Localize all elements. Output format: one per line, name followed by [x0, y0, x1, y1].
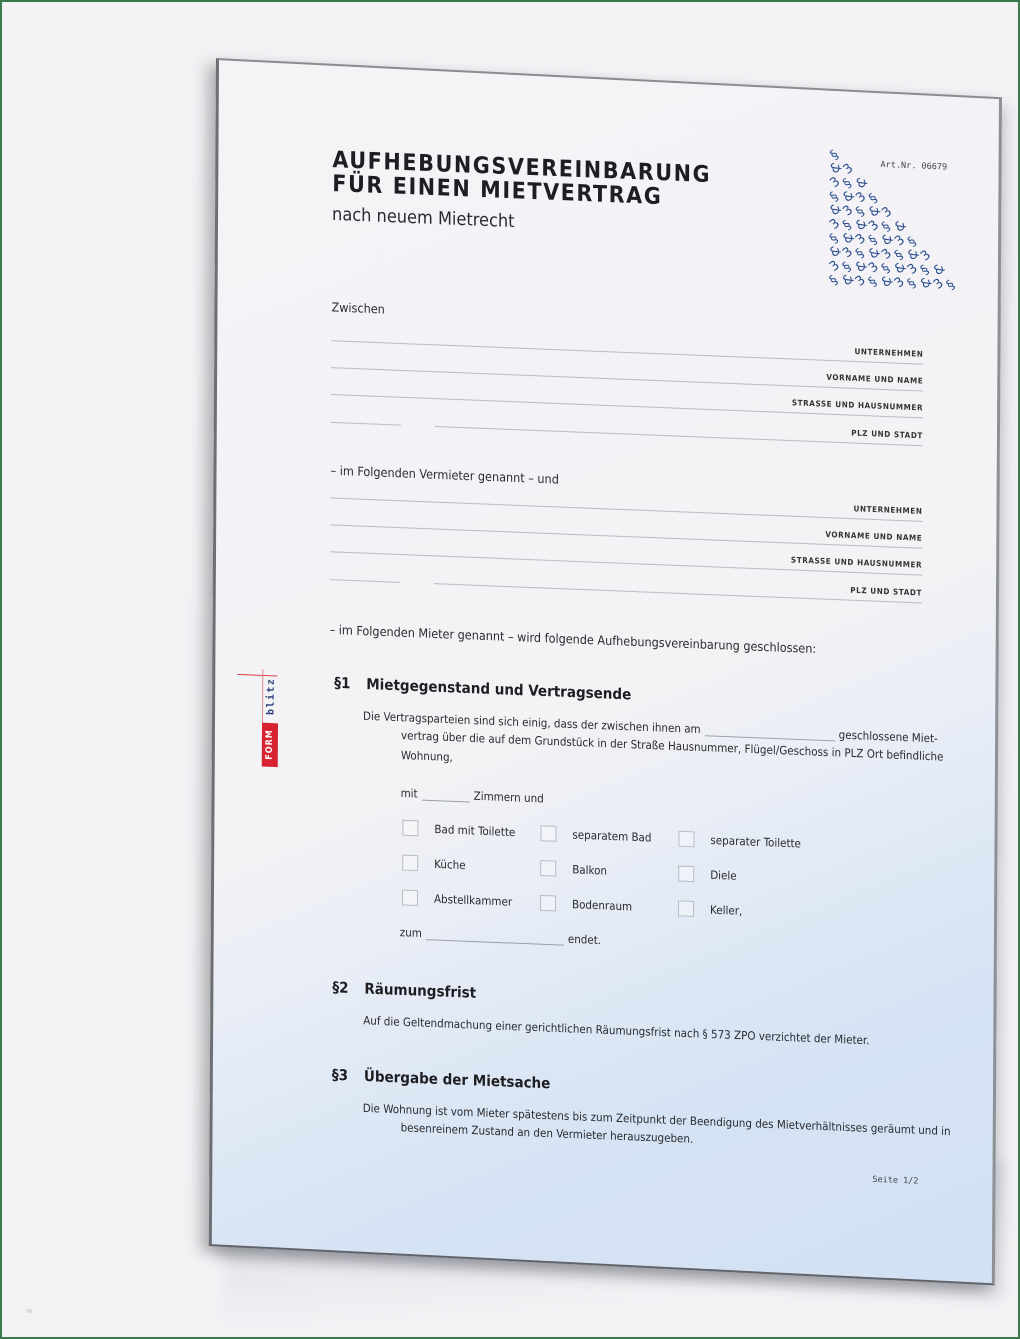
- section-number: §1: [334, 674, 366, 693]
- city-field[interactable]: [435, 426, 923, 446]
- svg-text:§: §: [827, 273, 842, 289]
- city-field[interactable]: [434, 583, 922, 603]
- checkbox-separater-toilette[interactable]: separater Toilette: [678, 831, 816, 852]
- tenant-fields: UNTERNEHMENVORNAME UND NAMESTRASSE UND H…: [219, 60, 999, 91]
- svg-text:3: 3: [827, 174, 843, 191]
- checkbox-box[interactable]: [540, 860, 556, 877]
- svg-text:3: 3: [866, 259, 882, 276]
- field-label: PLZ UND STADT: [851, 429, 923, 441]
- svg-text:3: 3: [827, 216, 843, 233]
- checkbox-row: KücheBalkonDiele: [402, 855, 816, 887]
- parties-intro: Zwischen: [331, 299, 384, 316]
- document-preview: AUFHEBUNGSVEREINBARUNG FÜR EINEN MIETVER…: [0, 0, 1020, 1339]
- landlord-fields: UNTERNEHMENVORNAME UND NAMESTRASSE UND H…: [219, 60, 999, 91]
- document-page: AUFHEBUNGSVEREINBARUNG FÜR EINEN MIETVER…: [209, 58, 1002, 1285]
- svg-text:3: 3: [931, 276, 947, 293]
- svg-text:&: &: [853, 174, 870, 192]
- text: Zimmern und: [474, 789, 544, 806]
- checkbox-balkon[interactable]: Balkon: [540, 860, 678, 881]
- svg-text:3: 3: [840, 203, 856, 220]
- svg-text:&: &: [931, 261, 948, 279]
- unternehmen-field[interactable]: [331, 340, 923, 364]
- svg-text:3: 3: [853, 189, 869, 206]
- rooms-line: mitZimmern und: [401, 786, 544, 806]
- field-label: VORNAME UND NAME: [825, 530, 922, 543]
- text: geschlossene Miet-: [839, 728, 938, 746]
- field-label: VORNAME UND NAME: [826, 373, 923, 386]
- background-speck: [26, 1309, 32, 1313]
- checkbox-label: Bodenraum: [572, 897, 632, 913]
- unternehmen-field[interactable]: [330, 497, 922, 521]
- page-number: Seite 1/2: [872, 1175, 918, 1187]
- landlord-note: – im Folgenden Vermieter genannt – und: [331, 463, 559, 487]
- field-label: UNTERNEHMEN: [854, 504, 923, 516]
- field-label: STRASSE UND HAUSNUMMER: [791, 556, 922, 570]
- field-label: UNTERNEHMEN: [854, 347, 923, 359]
- formblitz-logo: blitz FORM: [262, 669, 279, 767]
- document-subtitle: nach neuem Mietrecht: [332, 204, 515, 232]
- field-label: PLZ UND STADT: [850, 586, 922, 598]
- logo-blitz: blitz: [262, 669, 279, 723]
- checkbox-label: separatem Bad: [572, 828, 651, 845]
- checkbox-label: Abstellkammer: [434, 892, 512, 909]
- checkbox-box[interactable]: [540, 825, 556, 842]
- end-date-field[interactable]: [426, 939, 564, 945]
- end-date-line: zumendet.: [400, 925, 601, 947]
- checkbox-box[interactable]: [402, 855, 418, 872]
- text: mit: [401, 786, 418, 801]
- document-title: AUFHEBUNGSVEREINBARUNG FÜR EINEN MIETVER…: [332, 148, 711, 211]
- svg-text:3: 3: [853, 231, 869, 248]
- checkbox-bodenraum[interactable]: Bodenraum: [540, 895, 678, 916]
- checkbox-label: Keller,: [710, 903, 742, 918]
- checkbox-box[interactable]: [402, 889, 418, 906]
- svg-text:3: 3: [827, 258, 843, 275]
- checkbox-label: separater Toilette: [710, 833, 801, 851]
- svg-text:3: 3: [853, 273, 869, 290]
- checkbox-label: Küche: [434, 857, 465, 872]
- checkbox-box[interactable]: [540, 895, 556, 912]
- rooms-count-field[interactable]: [422, 800, 470, 803]
- checkbox-küche[interactable]: Küche: [402, 855, 540, 876]
- svg-text:3: 3: [879, 246, 895, 263]
- svg-text:&: &: [892, 218, 909, 236]
- checkbox-box[interactable]: [678, 900, 694, 917]
- svg-text:§: §: [944, 278, 959, 294]
- section-1-heading: §1Mietgegenstand und Vertragsende: [334, 674, 631, 704]
- checkbox-box[interactable]: [678, 831, 694, 848]
- section-title: Mietgegenstand und Vertragsende: [366, 675, 631, 703]
- checkbox-abstellkammer[interactable]: Abstellkammer: [402, 889, 540, 910]
- svg-text:3: 3: [866, 218, 882, 235]
- section-3-heading: §3Übergabe der Mietsache: [332, 1066, 551, 1093]
- postal-code-field[interactable]: [331, 422, 401, 426]
- svg-text:3: 3: [892, 233, 908, 250]
- section-title: Räumungsfrist: [364, 980, 476, 1002]
- svg-text:§: §: [905, 276, 920, 292]
- checkbox-row: Bad mit Toiletteseparatem Badseparater T…: [402, 820, 816, 852]
- checkbox-keller[interactable]: Keller,: [678, 900, 816, 921]
- checkbox-separatem-bad[interactable]: separatem Bad: [540, 825, 678, 846]
- section-number: §2: [332, 978, 364, 997]
- room-checkboxes: Bad mit Toiletteseparatem Badseparater T…: [219, 60, 999, 91]
- svg-text:3: 3: [840, 244, 856, 261]
- section-2-text: Auf die Geltendmachung einer gerichtlich…: [363, 1013, 869, 1047]
- checkbox-box[interactable]: [678, 866, 694, 883]
- checkbox-box[interactable]: [402, 820, 418, 837]
- text: zum: [400, 925, 422, 940]
- field-label: STRASSE UND HAUSNUMMER: [792, 398, 923, 412]
- checkbox-label: Diele: [710, 868, 737, 883]
- svg-text:§: §: [866, 274, 881, 290]
- svg-text:3: 3: [905, 261, 921, 278]
- checkbox-row: AbstellkammerBodenraumKeller,: [402, 889, 816, 921]
- text: endet.: [568, 932, 601, 947]
- tenant-note: – im Folgenden Mieter genannt – wird fol…: [330, 622, 817, 656]
- section-title: Übergabe der Mietsache: [364, 1067, 551, 1092]
- checkbox-bad-mit-toilette[interactable]: Bad mit Toilette: [402, 820, 540, 841]
- postal-code-field[interactable]: [330, 579, 400, 583]
- section-1-text-line-3: Wohnung,: [401, 748, 453, 764]
- svg-text:3: 3: [840, 161, 856, 178]
- svg-text:3: 3: [879, 204, 895, 221]
- svg-text:3: 3: [892, 274, 908, 291]
- checkbox-label: Bad mit Toilette: [434, 822, 515, 839]
- checkbox-diele[interactable]: Diele: [678, 866, 816, 887]
- section-number: §3: [332, 1066, 364, 1085]
- logo-form: FORM: [262, 723, 278, 767]
- svg-text:3: 3: [918, 248, 934, 265]
- checkbox-label: Balkon: [572, 862, 607, 877]
- section-2-heading: §2Räumungsfrist: [332, 978, 476, 1002]
